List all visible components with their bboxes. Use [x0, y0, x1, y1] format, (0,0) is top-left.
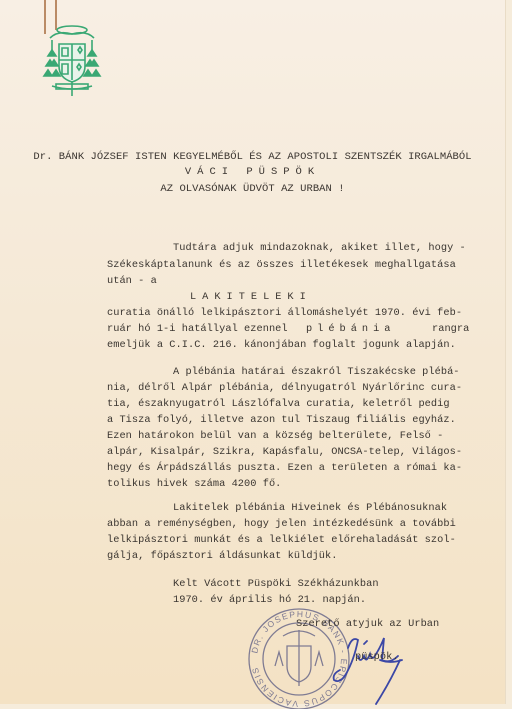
plebania-spaced: plébánia: [306, 323, 395, 335]
header-line-1: Dr. BÁNK JÓZSEF ISTEN KEGYELMÉBŐL ÉS AZ …: [0, 151, 505, 163]
body-text-line: után - a: [107, 275, 157, 287]
body-text-line: Tudtára adjuk mindazoknak, akiket illet,…: [173, 242, 466, 254]
body-text-line: rangra: [432, 323, 469, 335]
body-text-line: lelkipásztori munkát és a lelkiélet előr…: [107, 534, 456, 546]
body-text-line: ruár hó 1-i hatállyal ezennel: [107, 323, 288, 335]
body-text-line: nia, délről Alpár plébánia, délnyugatról…: [107, 382, 462, 394]
body-text-line: alpár, Kisalpár, Szikra, Kapásfalu, ONCS…: [107, 446, 462, 458]
body-text-line: Ezen határokon belül van a község belter…: [107, 430, 443, 442]
body-text-line: tia, északnyugatról Lászlófalva curatia,…: [107, 398, 450, 410]
body-text-line: hegy és Árpádszállás puszta. Ezen a terü…: [107, 462, 462, 474]
parish-name: LAKITELEKI: [190, 291, 312, 303]
body-text-line: a Tisza folyó, illetve azon tul Tiszaug …: [107, 414, 456, 426]
body-text-line: Lakitelek plébánia Hiveinek és Plébánosu…: [173, 502, 447, 514]
header-title: VÁCI PÜSPÖK: [0, 166, 505, 178]
body-text-line: gálja, főpásztori áldásunkat küldjük.: [107, 550, 337, 562]
handwritten-signature: [330, 630, 410, 706]
episcopal-coat-of-arms-icon: [40, 22, 104, 96]
document-page: Dr. BÁNK JÓZSEF ISTEN KEGYELMÉBŐL ÉS AZ …: [0, 0, 506, 704]
body-text-line: Székeskáptalanunk és az összes illetékes…: [107, 259, 456, 271]
body-text-line: curatia önálló lelkipásztori állomáshely…: [107, 307, 462, 319]
closing-place: Kelt Vácott Püspöki Székházunkban: [173, 578, 379, 590]
body-text-line: A plébánia határai északról Tiszakécske …: [173, 366, 460, 378]
closing-salutation: Szerető atyjuk az Urban: [296, 618, 439, 630]
body-text-line: tolikus hivek száma 4200 fő.: [107, 478, 281, 490]
closing-date: 1970. év április hó 21. napján.: [173, 594, 366, 606]
header-greeting: AZ OLVASÓNAK ÜDVÖT AZ URBAN !: [0, 183, 505, 195]
body-text-line: abban a reménységben, hogy jelen intézke…: [107, 518, 456, 530]
body-text-line: emeljük a C.I.C. 216. kánonjában foglalt…: [107, 339, 456, 351]
closing-title: püspök.: [355, 651, 399, 663]
